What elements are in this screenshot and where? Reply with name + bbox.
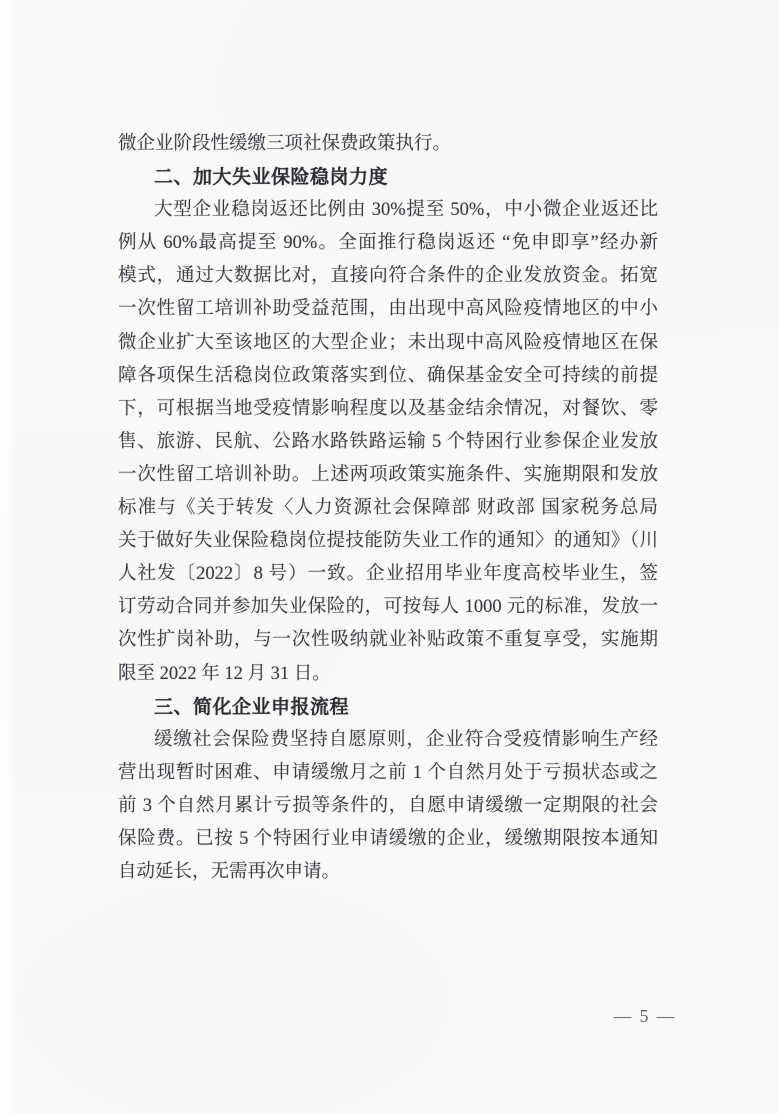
paragraph-line: 微企业阶段性缓缴三项社保费政策执行。 — [118, 128, 658, 161]
paragraph-line: 订劳动合同并参加失业保险的，可按每人 1000 元的标准，发放一 — [118, 591, 658, 624]
paragraph-line: 关于做好失业保险稳岗位提技能防失业工作的通知〉的通知》（川 — [118, 525, 658, 558]
paragraph-line: 障各项保生活稳岗位政策落实到位、确保基金安全可持续的前提 — [118, 360, 658, 393]
section-heading-2: 二、加大失业保险稳岗力度 — [118, 161, 658, 194]
paragraph-line: 一次性留工培训补助。上述两项政策实施条件、实施期限和发放 — [118, 459, 658, 492]
paragraph-line: 前 3 个自然月累计亏损等条件的，自愿申请缓缴一定期限的社会 — [118, 790, 658, 823]
scanned-document-page: 微企业阶段性缓缴三项社保费政策执行。 二、加大失业保险稳岗力度 大型企业稳岗返还… — [0, 0, 779, 1114]
paragraph-line: 微企业扩大至该地区的大型企业；未出现中高风险疫情地区在保 — [118, 327, 658, 360]
paragraph-line: 人社发〔2022〕8 号）一致。企业招用毕业年度高校毕业生，签 — [118, 558, 658, 591]
paragraph-line: 自动延长，无需再次申请。 — [118, 856, 658, 889]
paragraph-line: 限至 2022 年 12 月 31 日。 — [118, 658, 658, 691]
paragraph-line: 营出现暂时困难、申请缓缴月之前 1 个自然月处于亏损状态或之 — [118, 757, 658, 790]
paragraph-line: 缓缴社会保险费坚持自愿原则，企业符合受疫情影响生产经 — [118, 724, 658, 757]
paragraph-line: 下，可根据当地受疫情影响程度以及基金结余情况，对餐饮、零 — [118, 393, 658, 426]
document-body: 微企业阶段性缓缴三项社保费政策执行。 二、加大失业保险稳岗力度 大型企业稳岗返还… — [118, 128, 658, 889]
paragraph-line: 标准与《关于转发〈人力资源社会保障部 财政部 国家税务总局 — [118, 492, 658, 525]
paragraph-line: 一次性留工培训补助受益范围，由出现中高风险疫情地区的中小 — [118, 293, 658, 326]
paragraph-line: 模式，通过大数据比对，直接向符合条件的企业发放资金。拓宽 — [118, 260, 658, 293]
paragraph-line: 售、旅游、民航、公路水路铁路运输 5 个特困行业参保企业发放 — [118, 426, 658, 459]
paragraph-line: 大型企业稳岗返还比例由 30%提至 50%，中小微企业返还比 — [118, 194, 658, 227]
page-number: — 5 — — [600, 1006, 690, 1027]
paragraph-line: 次性扩岗补助，与一次性吸纳就业补贴政策不重复享受，实施期 — [118, 624, 658, 657]
section-heading-3: 三、简化企业申报流程 — [118, 691, 658, 724]
paragraph-line: 保险费。已按 5 个特困行业申请缓缴的企业，缓缴期限按本通知 — [118, 823, 658, 856]
paragraph-line: 例从 60%最高提至 90%。全面推行稳岗返还 “免申即享”经办新 — [118, 227, 658, 260]
